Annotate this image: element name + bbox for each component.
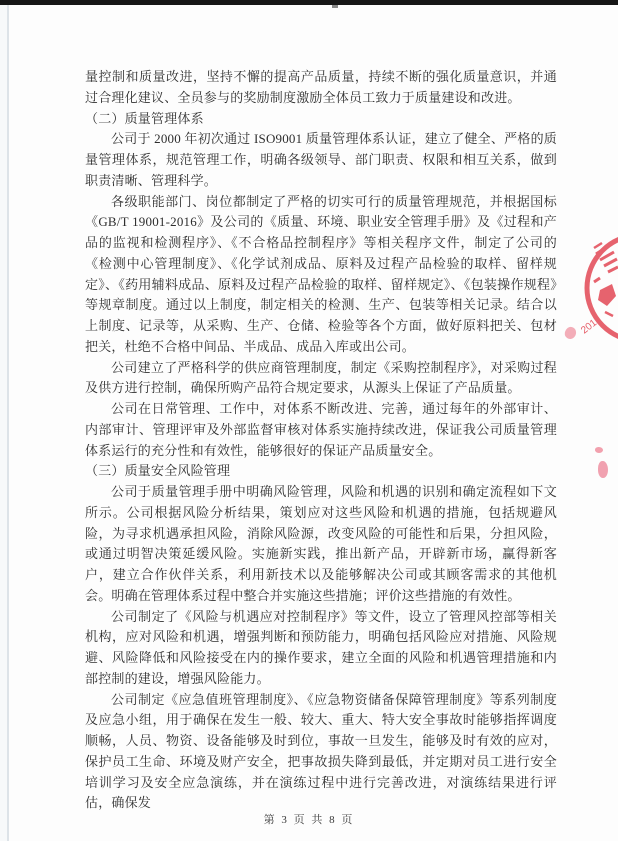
page-footer: 第 3 页 共 8 页 xyxy=(0,811,618,827)
paragraph: 公司建立了严格科学的供应商管理制度，制定《采购控制程序》，对采购过程及供方进行控… xyxy=(85,358,557,400)
seal-arc-digits: 201 xyxy=(580,317,599,336)
section-heading: （二）质量管理体系 xyxy=(85,109,557,130)
scan-edge-notch xyxy=(332,5,338,8)
red-ink-speck xyxy=(598,461,608,478)
document-page: 量控制和质量改进，坚持不懈的提高产品质量，持续不断的强化质量意识，并通过合理化建… xyxy=(0,0,618,841)
paragraph: 公司制定了《风险与机遇应对控制程序》等文件，设立了管理风控部等相关机构，应对风险… xyxy=(85,607,557,690)
paragraph: 公司于 2000 年初次通过 ISO9001 质量管理体系认证，建立了健全、严格… xyxy=(85,129,557,191)
document-body: 量控制和质量改进，坚持不懈的提高产品质量，持续不断的强化质量意识，并通过合理化建… xyxy=(85,67,557,814)
paragraph: 各级职能部门、岗位都制定了严格的切实可行的质量管理规范，并根据国标《GB/T 1… xyxy=(85,192,557,358)
scan-edge-left-strip xyxy=(0,5,7,841)
paragraph: 公司在日常管理、工作中，对体系不断改进、完善，通过每年的外部审计、内部审计、管理… xyxy=(85,399,557,461)
section-heading: （三）质量安全风险管理 xyxy=(85,461,557,482)
paragraph: 公司制定《应急值班管理制度》、《应急物资储备保障管理制度》等系列制度及应急小组，… xyxy=(85,690,557,815)
red-ink-speck xyxy=(563,325,579,341)
red-seal-stamp: 201 xyxy=(580,232,618,342)
red-seal-graphic: 201 xyxy=(580,232,618,342)
paragraph: 量控制和质量改进，坚持不懈的提高产品质量，持续不断的强化质量意识，并通过合理化建… xyxy=(85,67,557,109)
scan-edge-left-line xyxy=(7,5,9,841)
red-ink-speck xyxy=(595,447,603,453)
paragraph: 公司于质量管理手册中明确风险管理，风险和机遇的识别和确定流程如下文所示。公司根据… xyxy=(85,482,557,607)
scan-edge-top xyxy=(0,0,618,5)
